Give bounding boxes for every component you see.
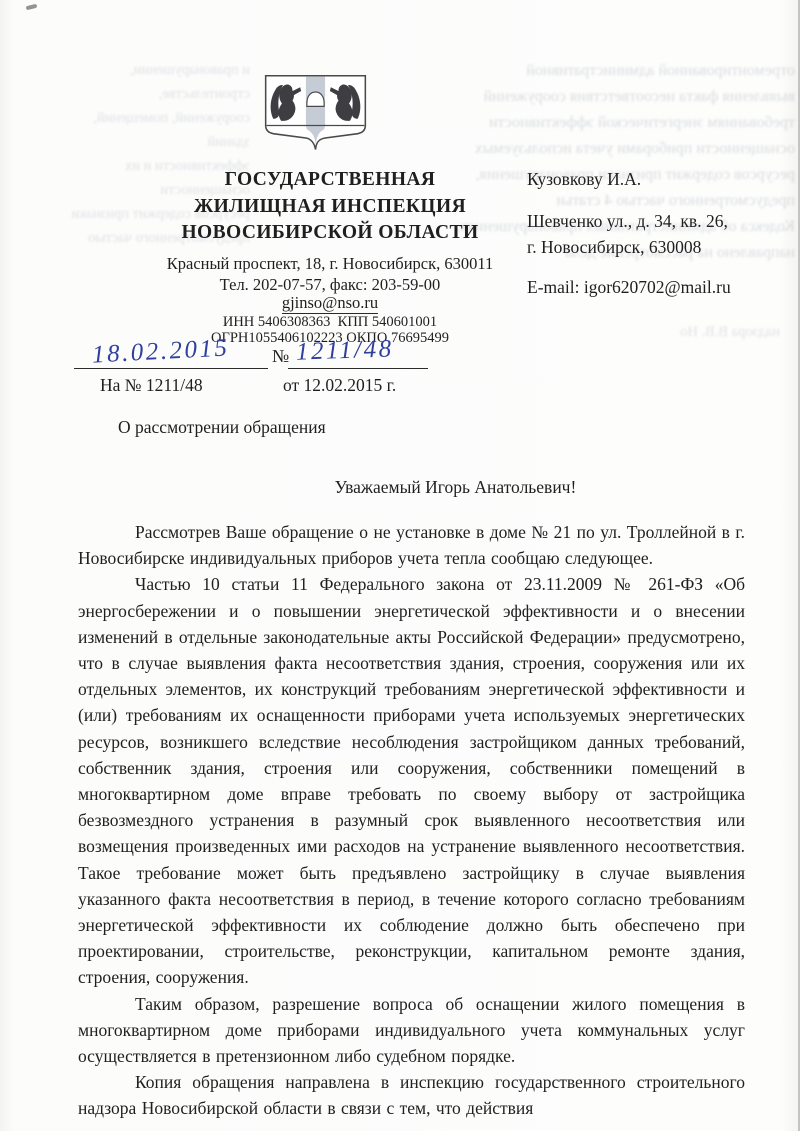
number-underline [288, 368, 428, 369]
coat-of-arms-icon [258, 70, 373, 160]
org-name-line: ГОСУДАРСТВЕННАЯ [105, 167, 555, 194]
body-paragraph: Рассмотрев Ваше обращение о не установке… [78, 519, 745, 571]
bleedthrough-text: надзора В.В. Но [560, 320, 780, 344]
body-paragraph: Таким образом, разрешение вопроса об осн… [78, 991, 745, 1070]
recipient-address-line1: Шевченко ул., д. 34, кв. 26, [527, 211, 728, 232]
handwritten-number: 1211/48 [296, 335, 395, 366]
letter-body: Рассмотрев Ваше обращение о не установке… [78, 519, 745, 1122]
recipient-name: Кузовкову И.А. [527, 169, 641, 190]
date-underline [74, 368, 268, 369]
recipient-email: E-mail: igor620702@mail.ru [527, 277, 731, 298]
scanned-letter-page: и правонарушении, строительстве, сооруже… [0, 0, 800, 1131]
reply-to-number: На № 1211/48 [100, 375, 203, 396]
body-paragraph: Частью 10 статьи 11 Федерального закона … [78, 571, 745, 990]
org-name: ГОСУДАРСТВЕННАЯ ЖИЛИЩНАЯ ИНСПЕКЦИЯ НОВОС… [105, 167, 555, 247]
letter-subject: О рассмотрении обращения [118, 417, 326, 438]
reply-to-date: от 12.02.2015 г. [283, 375, 396, 396]
handwritten-date: 18.02.2015 [91, 334, 230, 369]
body-paragraph: Копия обращения направлена в инспекцию г… [78, 1069, 745, 1121]
salutation: Уважаемый Игорь Анатольевич! [122, 477, 789, 498]
org-phone-fax: Тел. 202-07-57, факс: 203-59-00 [105, 275, 555, 295]
number-sign: № [272, 346, 289, 367]
org-address: Красный проспект, 18, г. Новосибирск, 63… [105, 254, 555, 274]
org-inn-kpp: ИНН 5406308363 КПП 540601001 [105, 314, 555, 331]
org-email: gjinso@nso.ru [105, 293, 555, 313]
org-name-line: НОВОСИБИРСКОЙ ОБЛАСТИ [105, 220, 555, 247]
org-name-line: ЖИЛИЩНАЯ ИНСПЕКЦИЯ [105, 194, 555, 221]
recipient-address-line2: г. Новосибирск, 630008 [527, 237, 701, 258]
scan-speck [26, 4, 38, 11]
